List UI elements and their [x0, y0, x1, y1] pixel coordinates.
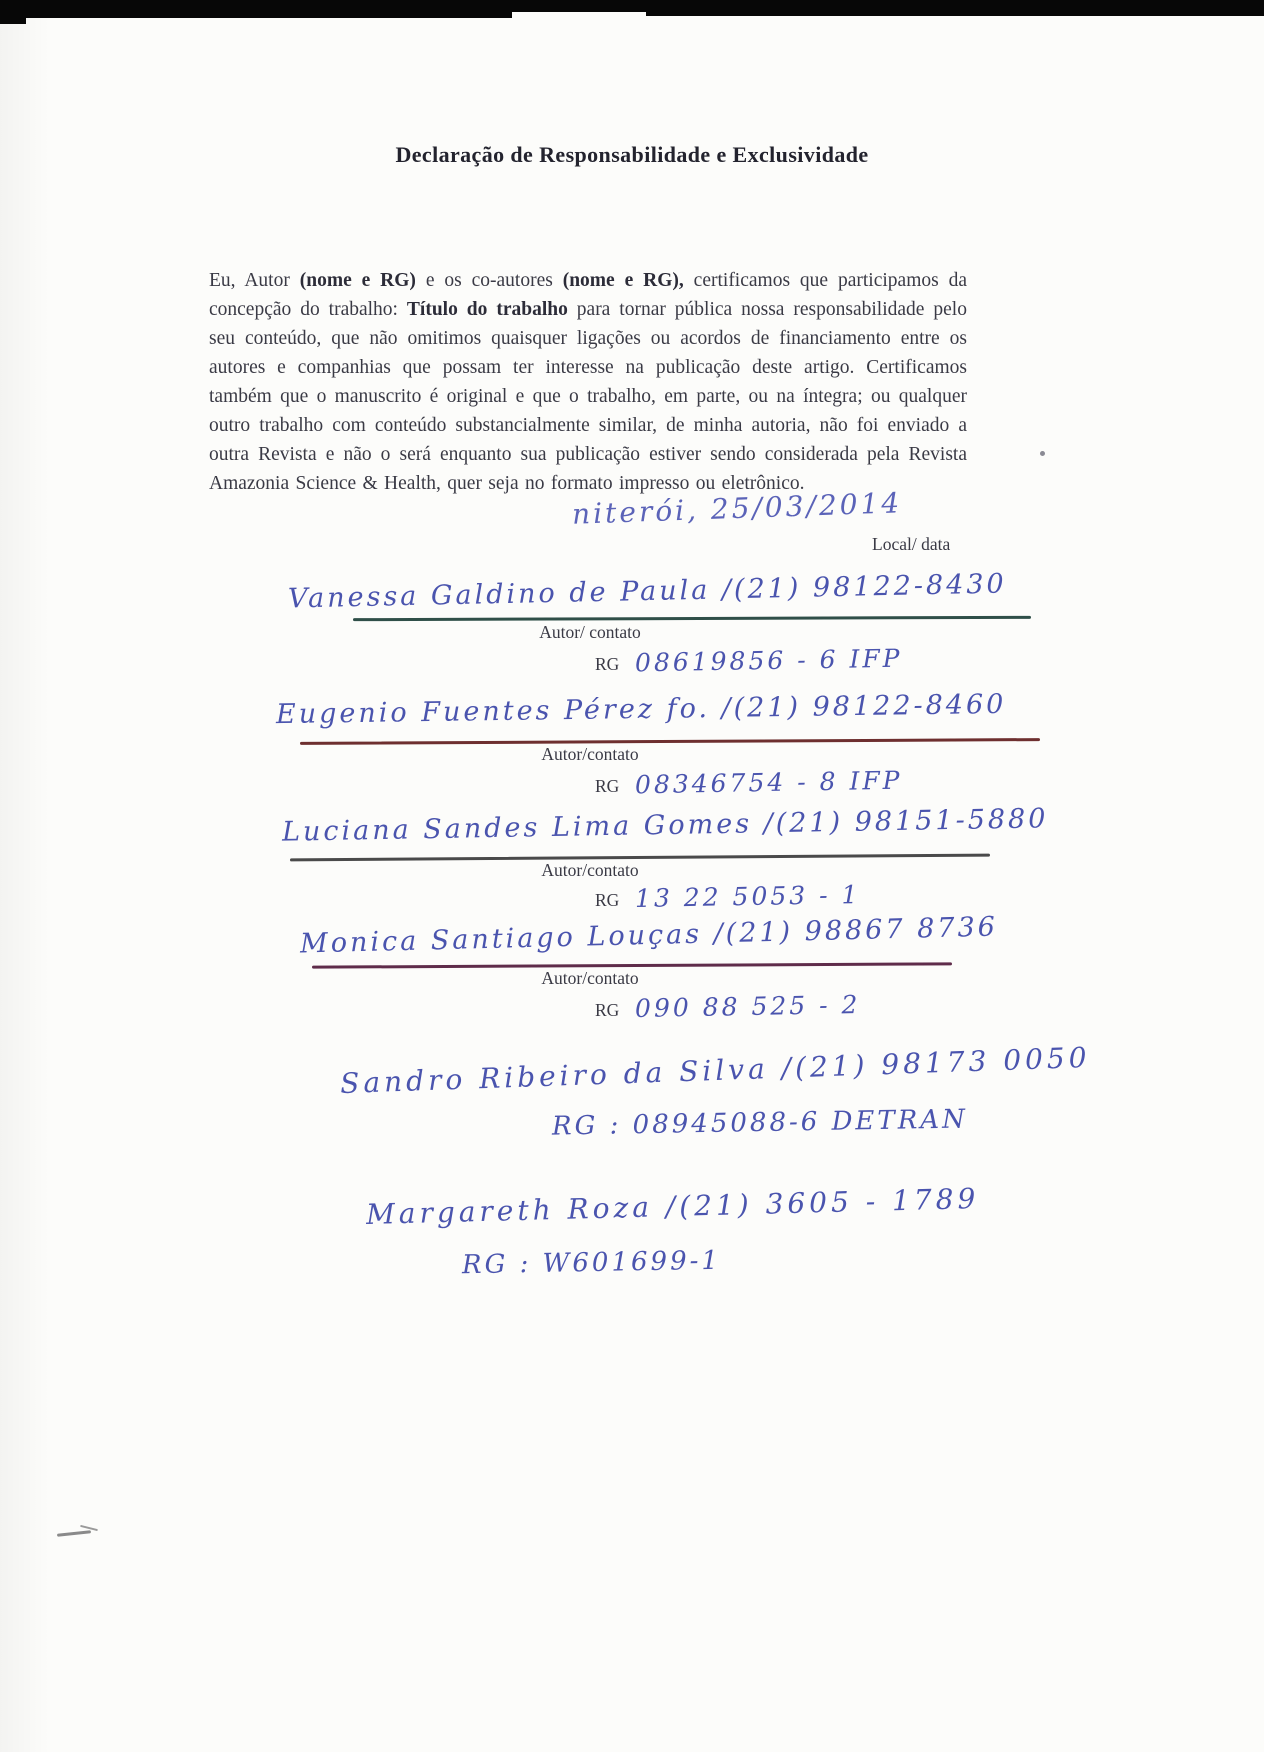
rg-line-6: RG : W601699-1 — [462, 1246, 721, 1281]
scanned-declaration-page: Declaração de Responsabilidade e Exclusi… — [0, 0, 1264, 1752]
rg-value-1: 08619856 - 6 IFP — [635, 644, 903, 678]
signature-2-name-phone: Eugenio Fuentes Pérez fo. /(21) 98122-84… — [276, 689, 1007, 730]
signature-3-name-phone: Luciana Sandes Lima Gomes /(21) 98151-58… — [282, 803, 1049, 847]
signature-4-name-phone: Monica Santiago Louças /(21) 98867 8736 — [300, 911, 998, 959]
paragraph-bold-nome-rg-2: (nome e RG), — [563, 270, 684, 291]
signature-6-name-phone: Margareth Roza /(21) 3605 - 1789 — [366, 1182, 980, 1231]
pen-mark — [57, 1530, 91, 1537]
local-data-label: Local/ data — [872, 534, 950, 555]
rg-label-3: RG — [595, 882, 619, 911]
rg-row-4: RG 090 88 525 - 2 — [595, 992, 861, 1021]
rg-row-1: RG 08619856 - 6 IFP — [595, 646, 903, 675]
paragraph-text: e os co-autores — [416, 270, 563, 291]
scan-edge-artifact — [646, 12, 1264, 16]
rg-value-4: 090 88 525 - 2 — [635, 990, 861, 1023]
scan-edge-artifact — [0, 0, 26, 24]
paragraph-text: Eu, Autor — [209, 270, 300, 291]
signature-1-name-phone: Vanessa Galdino de Paula /(21) 98122-843… — [288, 568, 1007, 614]
scan-speck — [1040, 451, 1045, 456]
rg-label-1: RG — [595, 646, 619, 675]
paragraph-bold-nome-rg-1: (nome e RG) — [300, 270, 416, 291]
rg-row-2: RG 08346754 - 8 IFP — [595, 768, 903, 797]
author-contact-label-4: Autor/contato — [440, 968, 740, 989]
signature-1-underline — [353, 616, 1031, 621]
paragraph-bold-titulo: Título do trabalho — [407, 299, 568, 320]
author-contact-label-3: Autor/contato — [440, 860, 740, 881]
scan-edge-artifact — [0, 0, 1264, 12]
signature-5-name-phone: Sandro Ribeiro da Silva /(21) 98173 0050 — [340, 1041, 1091, 1100]
rg-value-2: 08346754 - 8 IFP — [635, 766, 903, 800]
rg-row-3: RG 13 22 5053 - 1 — [595, 882, 861, 911]
author-contact-label-2: Autor/contato — [440, 744, 740, 765]
rg-value-3: 13 22 5053 - 1 — [635, 880, 861, 913]
document-title: Declaração de Responsabilidade e Exclusi… — [0, 142, 1264, 168]
author-contact-label-1: Autor/ contato — [440, 622, 740, 643]
declaration-paragraph: Eu, Autor (nome e RG) e os co-autores (n… — [209, 266, 967, 498]
rg-label-2: RG — [595, 768, 619, 797]
rg-label-4: RG — [595, 992, 619, 1021]
rg-line-5: RG : 08945088-6 DETRAN — [552, 1104, 968, 1141]
paragraph-text: para tornar pública nossa responsabilida… — [209, 299, 967, 494]
scan-edge-artifact — [0, 12, 512, 18]
